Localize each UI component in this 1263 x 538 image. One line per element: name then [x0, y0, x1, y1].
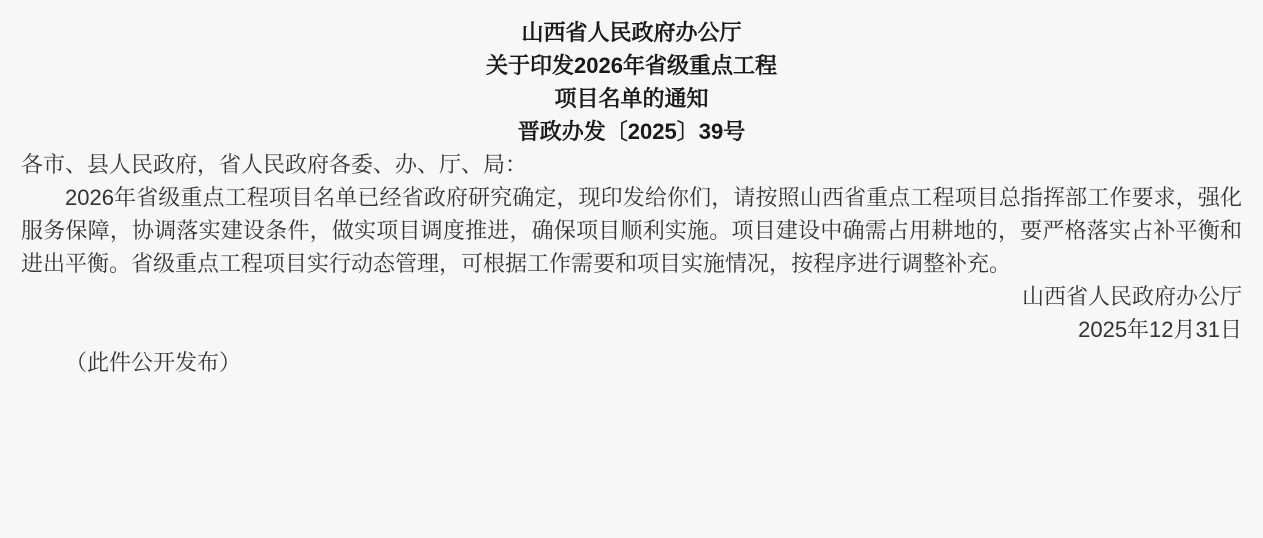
title-subject-line-2: 项目名单的通知	[21, 82, 1242, 115]
notice-document: 山西省人民政府办公厅 关于印发2026年省级重点工程 项目名单的通知 晋政办发〔…	[0, 0, 1263, 379]
title-subject-line-1: 关于印发2026年省级重点工程	[21, 49, 1242, 82]
document-number: 晋政办发〔2025〕39号	[21, 115, 1242, 148]
salutation: 各市、县人民政府，省人民政府各委、办、厅、局：	[21, 148, 1242, 181]
signature-date: 2025年12月31日	[21, 313, 1242, 346]
signature-office: 山西省人民政府办公厅	[21, 280, 1242, 313]
body-paragraph: 2026年省级重点工程项目名单已经省政府研究确定，现印发给你们，请按照山西省重点…	[21, 181, 1242, 280]
public-release-note: （此件公开发布）	[21, 346, 1242, 379]
title-issuing-office: 山西省人民政府办公厅	[21, 16, 1242, 49]
